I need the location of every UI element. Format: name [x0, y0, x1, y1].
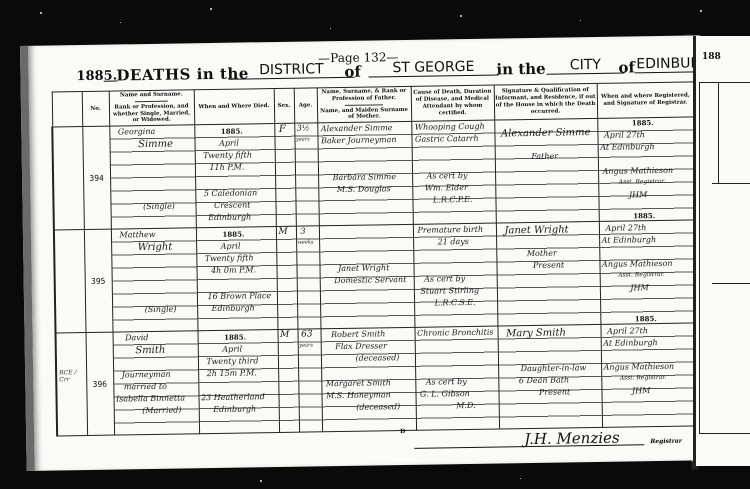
- registrar-signature-block: J.H. Menzies Registrar: [414, 428, 674, 454]
- cause-cell: Premature birth 21 days As cert by Stuar…: [413, 223, 498, 327]
- header-sex: Sex.: [274, 88, 295, 123]
- sex-value: M: [280, 330, 289, 340]
- mother-name: Margaret Smith: [326, 378, 391, 388]
- right-page-row-divider: [712, 283, 750, 284]
- registrar-initials: JHM: [629, 190, 648, 199]
- mother-maiden-name: M.S. Douglas: [337, 184, 391, 194]
- cause-line-1: Premature birth: [417, 225, 483, 235]
- registered-cell: 1885. April 27th At Edinburgh Angus Math…: [599, 220, 698, 325]
- father-name: Robert Smith: [331, 329, 385, 339]
- registrar-role: Asst. Registrar.: [619, 178, 666, 186]
- registrar-name: Angus Mathieson: [602, 166, 673, 176]
- sex-cell: M: [276, 226, 298, 329]
- marital-status: (Married): [142, 406, 181, 416]
- parents-cell: Janet Wright Domestic Servant: [319, 224, 415, 328]
- name-cell: Matthew Wright (Single): [111, 228, 198, 332]
- entry-number: 395: [84, 229, 113, 332]
- father-status: (deceased): [355, 353, 399, 363]
- when-where-cell: 1885. April Twenty third 2h 15m P.M. 23 …: [197, 329, 279, 433]
- registration-year: 1885.: [632, 118, 654, 127]
- table-row-394: 394 Georgina Simme (Single) 1885. April …: [52, 117, 696, 230]
- certified-by: As cert by: [424, 274, 465, 284]
- cause-cell: Chronic Bronchitis As cert by G. L. Gibs…: [414, 326, 499, 430]
- registration-year: 1885.: [633, 211, 655, 220]
- registration-place: At Edinburgh: [603, 338, 658, 348]
- right-page-year: 188: [702, 52, 721, 62]
- death-year: 1885.: [222, 229, 244, 238]
- header-informant: Signature & Qualification of Informant, …: [494, 83, 598, 120]
- informant-name: Mary Smith: [506, 327, 566, 339]
- death-place-3: Edinburgh: [208, 212, 251, 222]
- district-name: ST GEORGE: [368, 58, 498, 77]
- informant-name: Alexander Simme: [501, 127, 591, 139]
- medical-qualification: M.D.: [456, 401, 476, 410]
- margin-cell: [54, 230, 86, 333]
- certified-by: As cert by: [426, 377, 467, 387]
- right-page-row-divider: [712, 183, 750, 184]
- occupation: Journeyman: [122, 370, 171, 380]
- name-cell: David Smith Journeyman married to Isabel…: [113, 331, 200, 435]
- informant-cell: Janet Wright Mother Present: [496, 221, 601, 326]
- death-place-1: 5 Caledonian: [204, 188, 258, 198]
- header-name: Name and Surname.Rank or Profession, and…: [109, 90, 195, 126]
- registrar-name: Angus Mathieson: [602, 259, 673, 269]
- death-register-table: No. Name and Surname.Rank or Profession,…: [51, 81, 700, 436]
- marital-status: (Single): [145, 305, 177, 314]
- registrar-label: Registrar: [650, 438, 682, 445]
- age-unit: years: [296, 136, 310, 142]
- registrar-role: Asst. Registrar.: [620, 374, 667, 382]
- entry-number: 394: [82, 126, 111, 229]
- mother-name: Barbara Simme: [333, 172, 397, 182]
- age-value: 3: [300, 227, 305, 236]
- registration-date: April 27th: [607, 326, 648, 336]
- informant-relation: Father: [531, 152, 558, 161]
- mother-occupation: Domestic Servant: [334, 275, 406, 285]
- sex-cell: M: [277, 329, 299, 432]
- when-where-cell: 1885. April Twenty fifth 4h 0m P.M. 16 B…: [196, 227, 278, 331]
- cause-line-1: Chronic Bronchitis: [417, 328, 494, 338]
- death-year: 1885.: [224, 332, 246, 341]
- burgh-type: CITY: [546, 57, 624, 75]
- title-of-2: of: [618, 58, 635, 76]
- death-place-2: Edinburgh: [213, 404, 256, 414]
- margin-cell: [52, 127, 84, 230]
- register-page-left: —Page 132— 1885. DEATHS in the DISTRICT …: [20, 35, 707, 471]
- district-type: DISTRICT: [228, 61, 354, 80]
- surname: Smith: [135, 345, 165, 356]
- father-occupation: Baker Journeyman: [321, 135, 397, 145]
- registered-cell: 1885. April 27th At Edinburgh Angus Math…: [597, 117, 696, 222]
- cause-cell: Whooping Cough Gastric Catarrh As cert b…: [411, 120, 496, 224]
- age-unit: years: [299, 342, 313, 348]
- margin-note: RCE / Crr: [59, 369, 86, 383]
- surname: Simme: [138, 139, 173, 151]
- registration-date: April 27th: [604, 130, 645, 140]
- medical-qualification: L.R.C.P.E.: [433, 195, 473, 205]
- header-registered: When and where Registered, and Signature…: [597, 82, 695, 119]
- cause-line-1: Whooping Cough: [415, 122, 485, 132]
- age-value: 63: [301, 329, 313, 339]
- table-row-395: 395 Matthew Wright (Single) 1885. April …: [54, 220, 698, 333]
- registration-date: April 27th: [605, 223, 646, 233]
- medical-attendant: G. L. Gibson: [420, 389, 470, 399]
- death-place-1: 16 Brown Place: [207, 291, 271, 301]
- age-value: 3½: [297, 123, 310, 132]
- father-name: Alexander Simme: [321, 123, 393, 133]
- cause-line-2: 21 days: [438, 237, 469, 246]
- register-page-right: 188: [693, 36, 750, 466]
- age-cell: 63 years: [297, 329, 322, 432]
- right-page-table: [699, 82, 750, 434]
- header-when-where: When and Where Died.: [194, 89, 275, 125]
- mother-status: (deceased): [356, 402, 400, 412]
- margin-header: [52, 92, 83, 127]
- register-year: 1885.: [76, 68, 117, 84]
- informant-residence: 6 Dean Bath: [519, 375, 569, 385]
- sex-cell: F: [274, 123, 296, 226]
- death-year: 1885.: [221, 127, 243, 136]
- registered-cell: 1885. April 27th At Edinburgh Angus Math…: [600, 323, 699, 428]
- registrar-initials: JHM: [630, 283, 649, 292]
- death-time: 4h 0m P.M.: [211, 265, 256, 275]
- entry-number: 396: [86, 332, 115, 435]
- death-month: April: [219, 139, 239, 148]
- name-cell: Georgina Simme (Single): [109, 125, 196, 229]
- informant-relation: Mother: [527, 249, 557, 258]
- forename: Matthew: [119, 230, 155, 240]
- surname: Wright: [138, 242, 173, 254]
- death-day: Twenty third: [206, 356, 258, 366]
- mother-name: Janet Wright: [338, 263, 389, 273]
- medical-qualification: L.R.C.S.E.: [435, 298, 476, 308]
- header-age: Age.: [294, 88, 318, 123]
- age-cell: 3½ years: [294, 123, 319, 226]
- parents-cell: Alexander Simme Baker Journeyman Barbara…: [317, 121, 413, 225]
- informant-relation: Daughter-in-law: [521, 363, 587, 373]
- header-no: No.: [82, 91, 110, 126]
- death-place-2: Edinburgh: [212, 303, 255, 313]
- death-month: April: [222, 345, 242, 354]
- mother-maiden-name: M.S. Honeyman: [326, 390, 391, 400]
- spouse-name: Isabella Binnetta: [116, 393, 185, 403]
- registration-place: At Edinburgh: [600, 142, 655, 152]
- death-day: Twenty fifth: [203, 150, 252, 160]
- married-to: married to: [124, 382, 167, 392]
- sex-value: M: [278, 227, 287, 237]
- right-page-column-line: [718, 83, 719, 183]
- informant-cell: Mary Smith Daughter-in-law 6 Dean Bath P…: [497, 324, 602, 429]
- parents-cell: Robert Smith Flax Dresser (deceased) Mar…: [320, 327, 416, 431]
- table-row-396: RCE / Crr 396 David Smith Journeyman mar…: [56, 323, 700, 436]
- medical-attendant: Stuart Stirling: [420, 286, 479, 296]
- forename: Georgina: [118, 127, 156, 137]
- title-of: of: [344, 63, 361, 81]
- margin-cell: RCE / Crr: [56, 333, 88, 436]
- death-month: April: [221, 242, 241, 251]
- death-place-2: Crescent: [214, 200, 251, 210]
- informant-name: Janet Wright: [504, 224, 568, 236]
- age-unit: weeks: [298, 239, 314, 245]
- father-occupation: Flax Dresser: [335, 341, 387, 351]
- informant-cell: Alexander Simme Father: [494, 118, 599, 223]
- death-time: 2h 15m P.M.: [207, 368, 257, 378]
- when-where-cell: 1885. April Twenty fifth 11h P.M. 5 Cale…: [194, 124, 276, 228]
- marital-status: (Single): [143, 202, 175, 211]
- certified-by: As cert by: [427, 171, 468, 181]
- sex-value: F: [279, 124, 286, 135]
- medical-attendant: Wm. Elder: [425, 183, 468, 193]
- registrar-role: Asst. Registrar.: [618, 271, 665, 279]
- cause-line-2: Gastric Catarrh: [415, 134, 479, 144]
- footer-mark: D: [400, 428, 405, 435]
- registrar-signature: J.H. Menzies: [524, 429, 620, 448]
- death-day: Twenty fifth: [205, 253, 254, 263]
- header-cause: Cause of Death, Duration of Disease, and…: [411, 85, 495, 121]
- age-cell: 3 weeks: [296, 226, 321, 329]
- title-in-the: in the: [496, 60, 545, 79]
- registrar-name: Angus Mathieson: [604, 362, 675, 372]
- registration-place: At Edinburgh: [602, 235, 657, 245]
- informant-presence: Present: [539, 387, 570, 396]
- registration-year: 1885.: [635, 314, 657, 323]
- death-place-1: 23 Heatherland: [201, 392, 265, 402]
- forename: David: [125, 333, 149, 342]
- death-time: 11h P.M.: [209, 162, 244, 172]
- informant-presence: Present: [533, 260, 564, 269]
- header-parents: Name, Surname, & Rank or Profession of F…: [317, 86, 412, 122]
- registrar-initials: JHM: [632, 386, 651, 395]
